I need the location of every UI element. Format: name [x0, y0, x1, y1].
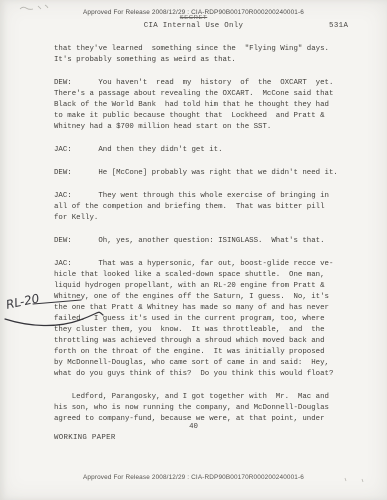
- transcript-line: DEW: Oh, yes, another question: ISINGLAS…: [54, 236, 354, 247]
- transcript-paragraph: DEW: You haven't read my history of the …: [54, 78, 354, 133]
- transcript-paragraph: JAC: And then they didn't get it.: [54, 145, 354, 156]
- transcript-paragraph: that they've learned something since the…: [54, 44, 354, 66]
- transcript-line: DEW: He [McCone] probably was right that…: [54, 168, 354, 179]
- transcript-line: There's a passage about revealing the OX…: [54, 89, 354, 100]
- transcript-line: Black of the World Bank had told him tha…: [54, 100, 354, 111]
- transcript-line: forth on the throat of the engine. It wa…: [54, 347, 354, 358]
- margin-note-handwriting: RL-20: [5, 291, 41, 312]
- transcript-line: the one that Pratt & Whitney has made so…: [54, 303, 354, 314]
- transcript-line: for Kelly.: [54, 213, 354, 224]
- transcript-paragraph: DEW: He [McCone] probably was right that…: [54, 168, 354, 179]
- footer-approval-line: Approved For Release 2008/12/29 : CIA-RD…: [0, 474, 387, 481]
- transcript-line: throttling was achieved through a shroud…: [54, 336, 354, 347]
- classification-stamp-text: SECRET: [180, 15, 208, 21]
- transcript-line: JAC: They went through this whole exerci…: [54, 191, 354, 202]
- transcript-body: that they've learned something since the…: [54, 44, 354, 437]
- transcript-line: DEW: You haven't read my history of the …: [54, 78, 354, 89]
- transcript-line: what do you guys think of this? Do you t…: [54, 369, 354, 380]
- transcript-line: JAC: And then they didn't get it.: [54, 145, 354, 156]
- working-paper-label: WORKING PAPER: [54, 434, 116, 442]
- transcript-line: his son, who is now running the company,…: [54, 403, 354, 414]
- transcript-paragraph: Ledford, Parangosky, and I got together …: [54, 392, 354, 425]
- transcript-paragraph: JAC: That was a hypersonic, far out, boo…: [54, 259, 354, 380]
- transcript-line: Ledford, Parangosky, and I got together …: [54, 392, 354, 403]
- transcript-line: they cluster them, you know. It was thro…: [54, 325, 354, 336]
- transcript-line: by McDonnell-Douglas, who came sort of c…: [54, 358, 354, 369]
- transcript-line: hicle that looked like a scaled-down spa…: [54, 270, 354, 281]
- document-page-ref: 531A: [329, 22, 348, 30]
- transcript-line: Whitney had a $700 million head start on…: [54, 122, 354, 133]
- transcript-line: that they've learned something since the…: [54, 44, 354, 55]
- transcript-line: Whitney, one of the engines off the Satu…: [54, 292, 354, 303]
- transcript-paragraph: JAC: They went through this whole exerci…: [54, 191, 354, 224]
- transcript-line: It's probably something as weird as that…: [54, 55, 354, 66]
- transcript-line: liquid hydrogen propellant, with an RL-2…: [54, 281, 354, 292]
- document-page: Approved For Release 2008/12/29 : CIA-RD…: [0, 0, 387, 500]
- transcript-line: to make it public because thought that L…: [54, 111, 354, 122]
- transcript-paragraph: DEW: Oh, yes, another question: ISINGLAS…: [54, 236, 354, 247]
- transcript-line: failed. I guess it's used in the current…: [54, 314, 354, 325]
- classification-stamp: SECRET: [0, 15, 387, 21]
- transcript-line: JAC: That was a hypersonic, far out, boo…: [54, 259, 354, 270]
- page-number: 40: [0, 423, 387, 431]
- transcript-line: all of the competion and briefing them. …: [54, 202, 354, 213]
